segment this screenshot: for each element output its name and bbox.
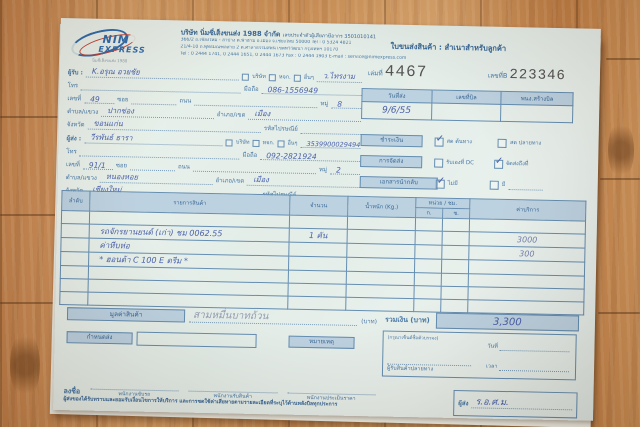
- driver-role-label: พนักงานขับรถ: [90, 390, 179, 400]
- delivery-option-dc: รับเองที่ DC: [434, 158, 474, 168]
- terms-note: ผู้ส่งของได้รับทราบและยอมรับเงื่อนไขการใ…: [63, 396, 463, 411]
- checkbox-cash-origin: [435, 137, 444, 146]
- cash-destination-label: สด ปลายทาง: [510, 139, 541, 148]
- checkbox-cash-destination: [498, 138, 507, 147]
- docs-none-label: ไม่มี: [448, 180, 458, 188]
- recipient-type-company-label: บริษัท: [252, 73, 266, 81]
- date-fill-line: [499, 342, 569, 352]
- recipient-name-handwriting: K.อรุณ อวยชัย: [92, 66, 140, 79]
- recipient-mobile-handwriting: 086-1556949: [268, 85, 319, 95]
- checkbox-sender-other: [277, 140, 284, 147]
- checkbox-docs-none: [436, 179, 445, 188]
- col-unit-header: หน่วย / ชม.: [416, 198, 470, 209]
- total-label: รวมเงิน (บาท): [385, 314, 430, 326]
- driver-signature: พนักงานขับรถ: [90, 371, 179, 400]
- signature-row: ลงชื่อ พนักงานขับรถ พนักงานรับสินค้า พนั…: [63, 370, 375, 403]
- book-number-label: เล่มที่: [368, 69, 383, 77]
- cell-desc: [89, 211, 289, 228]
- remark-label: หมายเหตุ: [288, 335, 354, 349]
- wood-knot: [608, 120, 634, 180]
- recipient-note-handwriting: ว.ไทรงาม: [323, 70, 355, 83]
- company-header-block: บริษัท นิ่มซี่เส็งขนส่ง 1988 จำกัด เลขปร…: [180, 26, 447, 63]
- time-fill-line: [499, 362, 569, 372]
- logo-swoosh2-icon: [77, 30, 137, 60]
- sender-district-handwriting: เมือง: [253, 174, 269, 186]
- cell-charge: 3000: [469, 232, 585, 248]
- sender-road-line: [193, 161, 316, 174]
- recipient-house-line: 49: [84, 92, 114, 104]
- cell-qty: [288, 283, 346, 297]
- recipient-district-handwriting: เมือง: [254, 108, 270, 120]
- recipient-label: ผู้รับ :: [68, 67, 83, 77]
- sender-subdistrict-label: ตำบล/แขวง: [66, 172, 97, 183]
- goods-value-label: มูลค่าสินค้า: [67, 307, 185, 322]
- wood-seam: [606, 58, 640, 60]
- col-weight-header: น้ำหนัก (Kg.): [348, 196, 416, 217]
- sender-label: ผู้ส่ง :: [66, 133, 81, 143]
- recipient-province-handwriting: ขอนแก่น: [93, 118, 123, 131]
- due-date-label: กำหนดส่ง: [66, 331, 132, 345]
- recipient-block: ผู้รับ : K.อรุณ อวยชัย บริษัท หจก. อื่นๆ…: [67, 64, 362, 135]
- item-row: * ฮอนด้า C 100 E ดรีม *: [61, 252, 585, 277]
- document-number: เลขที่B 223346: [488, 67, 566, 85]
- cell-desc: รถจักรยานยนต์ (เก่า) ชม 0062.55: [89, 224, 289, 242]
- sender-block: ผู้ส่ง : วีรพันธ์ ธารา บริษัท หจก. อื่นๆ…: [65, 130, 360, 201]
- payment-option-destination: สด ปลายทาง: [498, 138, 541, 148]
- cell-unit-a: [414, 286, 441, 300]
- total-row: รวมเงิน (บาท) 3,300: [385, 312, 579, 332]
- deliver-door-label: จัดส่งถึงที่: [506, 160, 529, 168]
- cell-no: [60, 279, 88, 293]
- company-address-2: 21/4-10 ถ.พุทธมณฑลสาย 2 ต.ศาลาธรรมสพน์ เ…: [180, 44, 446, 56]
- sender-moo-line: 2: [330, 163, 360, 175]
- recipient-road-line: [194, 95, 317, 108]
- recipient-type-partnership-label: หจก.: [279, 73, 291, 81]
- wood-knot: [10, 330, 40, 400]
- paper-under-sheet: [50, 24, 601, 427]
- hw-desc: * ฮอนด้า C 100 E ดรีม *: [99, 255, 188, 266]
- cell-charge: [468, 260, 584, 276]
- recipient-subdistrict-label: ตำบล/แขวง: [67, 106, 98, 117]
- recipient-house-label: เลขที่: [67, 93, 81, 103]
- estimator-signature: พนักงานประเมินราคา: [287, 375, 376, 404]
- sender-district-line: เมือง: [247, 175, 360, 188]
- documents-return-label: เอกสารนำกลับ: [360, 176, 438, 190]
- checkbox-pickup-dc: [434, 158, 443, 167]
- hw-desc: รถจักรยานยนต์ (เก่า) ชม 0062.55: [100, 227, 223, 238]
- wood-seam: [598, 312, 640, 314]
- recipient-subdistrict-line: ปากช่อง: [101, 106, 214, 119]
- sender-signature-handwriting: ร.อ.ศ.ม.: [475, 394, 509, 409]
- cell-qty: 1 คัน: [289, 228, 347, 243]
- cell-no: [60, 266, 88, 280]
- recipient-phone-line: [81, 79, 241, 93]
- recipient-name-line: K.อรุณ อวยชัย: [86, 67, 239, 81]
- cell-no: [60, 292, 88, 306]
- recipient-province-label: จังหวัด: [67, 119, 85, 129]
- sign-label: ลงชื่อ: [63, 386, 80, 397]
- document-title: ใบขนส่งสินค้า : สำเนาสำหรับลูกค้า: [390, 41, 590, 57]
- recipient-house-handwriting: 49: [90, 95, 100, 104]
- sender-phone-label: โทร: [66, 146, 77, 156]
- ship-info-table: วันที่ส่ง เลขที่บิล พนง.สร้างบิล 9/6/55: [361, 88, 574, 123]
- logo-tagline: นิ่มซี่เส็งขนส่ง 1988: [92, 57, 127, 65]
- ship-date-handwriting: 9/6/55: [382, 105, 411, 116]
- recipient-phone-label: โทร: [68, 80, 79, 90]
- sender-sign-line: ร.อ.ศ.ม.: [471, 399, 572, 410]
- checkbox-recipient-partnership: [269, 74, 276, 81]
- sender-type-company-label: บริษัท: [236, 139, 250, 147]
- goods-value-row: มูลค่าสินค้า สามหมื่นบาทถ้วน (บาท): [67, 307, 377, 326]
- cell-desc: [88, 266, 288, 283]
- cell-unit-a: [414, 273, 441, 287]
- due-date-row: กำหนดส่ง หมายเหตุ: [66, 330, 358, 350]
- recipient-soi-line: [131, 93, 176, 105]
- recipient-postcode-label: รหัสไปรษณีย์: [264, 123, 298, 134]
- destination-receiver: ผู้รับสินค้าปลายทาง: [387, 356, 471, 375]
- sender-mobile-line: 092-2821924: [260, 149, 360, 162]
- payment-row: ชำระเงิน สด ต้นทาง สด ปลายทาง: [360, 134, 586, 151]
- sender-moo-label: หมู่: [319, 164, 327, 174]
- bill-number-cell: [431, 103, 501, 121]
- cell-desc: ค่าหีบห่อ: [89, 238, 289, 256]
- recipient-mobile-label: มือถือ: [244, 84, 259, 94]
- delivery-label: การจัดส่ง: [360, 155, 422, 169]
- cell-weight: [346, 257, 414, 272]
- cell-weight: [346, 284, 414, 298]
- cell-unit-a: [415, 245, 442, 260]
- waybill-form: NIM EXPRESS นิ่มซี่เส็งขนส่ง 1988 บริษัท…: [53, 18, 601, 421]
- payment-label: ชำระเงิน: [360, 134, 422, 148]
- col-unit-b-header: ช.: [443, 208, 470, 219]
- recipient-moo-line: 8: [331, 97, 361, 109]
- sender-note-line: 3539900029494: [300, 137, 360, 149]
- docs-none-option: ไม่มี: [436, 179, 458, 188]
- destination-receiver-box: (กรุณาเซ็นต์ชื่อตัวบรรจง) วันที่ เวลา ผู…: [382, 331, 577, 381]
- cell-desc: * ฮอนด้า C 100 E ดรีม *: [89, 252, 289, 270]
- sender-name-handwriting: วีรพันธ์ ธารา: [90, 132, 133, 145]
- item-row: [60, 292, 584, 316]
- recipient-note-line: ว.ไทรงาม: [317, 71, 362, 83]
- cell-unit-a: [415, 218, 442, 232]
- wood-seam: [0, 302, 56, 304]
- cash-origin-label: สด ต้นทาง: [447, 138, 473, 147]
- docs-yes-option: มี: [490, 180, 543, 190]
- col-unit-a-header: ก.: [416, 208, 443, 219]
- sender-soi-label: ซอย: [116, 160, 127, 170]
- cell-unit-b: [441, 259, 468, 274]
- items-table: ลำดับ รายการสินค้า จำนวน น้ำหนัก (Kg.) ห…: [59, 190, 586, 316]
- recipient-district-line: เมือง: [248, 109, 361, 122]
- sender-subdistrict-line: หนองหอย: [100, 172, 213, 185]
- cell-qty: [288, 270, 346, 284]
- cell-unit-b: [442, 245, 469, 260]
- sender-type-other-label: อื่นๆ: [287, 140, 297, 148]
- due-date-box: [136, 332, 256, 348]
- cell-weight: [346, 297, 414, 311]
- cell-no: [61, 211, 89, 225]
- sender-signature-box: ผู้ส่ง ร.อ.ศ.ม.: [453, 390, 577, 418]
- cell-unit-b: [441, 299, 468, 313]
- goods-clerk-signature: พนักงานรับสินค้า: [188, 373, 277, 402]
- ship-date-header: วันที่ส่ง: [362, 89, 432, 103]
- date-line: วันที่: [487, 342, 569, 353]
- checkbox-docs-yes: [490, 180, 499, 189]
- estimator-role-label: พนักงานประเมินราคา: [287, 394, 376, 404]
- driver-sign-line: [90, 381, 179, 392]
- tax-id: เลขประจำตัวผู้เสียภาษีอากร 3501010141: [283, 32, 377, 40]
- photo-scene: NIM EXPRESS นิ่มซี่เส็งขนส่ง 1988 บริษัท…: [0, 0, 640, 427]
- wood-seam: [600, 178, 640, 180]
- logo-text-2: EXPRESS: [98, 45, 146, 55]
- cell-desc: [88, 279, 288, 296]
- sender-mobile-handwriting: 092-2821924: [266, 151, 317, 161]
- sender-province-handwriting: เชียงใหม่: [92, 184, 122, 197]
- hw-charge: 300: [519, 249, 534, 258]
- col-qty-header: จำนวน: [290, 195, 348, 216]
- sender-sign-label: ผู้ส่ง: [458, 398, 468, 408]
- cell-no: [61, 238, 89, 253]
- recipient-soi-label: ซอย: [117, 94, 128, 104]
- company-name: บริษัท นิ่มซี่เส็งขนส่ง 1988 จำกัด: [181, 28, 281, 38]
- item-row: [60, 279, 584, 303]
- company-name-line: บริษัท นิ่มซี่เส็งขนส่ง 1988 จำกัด เลขปร…: [181, 26, 447, 42]
- cell-charge: [468, 300, 584, 315]
- book-number-value: 4467: [385, 63, 428, 82]
- cell-qty: [289, 215, 347, 229]
- cell-unit-b: [441, 286, 468, 300]
- pickup-dc-label: รับเองที่ DC: [446, 159, 474, 168]
- cell-unit-a: [414, 259, 441, 274]
- time-line: เวลา: [486, 362, 569, 373]
- sender-road-label: ถนน: [178, 161, 190, 171]
- ship-date-cell: 9/6/55: [362, 102, 432, 120]
- sender-mobile-label: มือถือ: [242, 150, 257, 160]
- recipient-province-line: ขอนแก่น: [87, 119, 261, 133]
- goods-clerk-role-label: พนักงานรับสินค้า: [188, 392, 277, 402]
- cell-unit-b: [442, 231, 469, 246]
- book-number: เล่มที่ 4467: [368, 62, 428, 81]
- sender-district-label: อำเภอ/เขต: [215, 175, 244, 186]
- recipient-type-other-label: อื่นๆ: [304, 74, 314, 82]
- sender-type-partnership-label: หจก.: [262, 139, 274, 147]
- estimator-sign-line: [287, 385, 376, 396]
- cell-weight: [347, 229, 415, 244]
- checkbox-recipient-company: [242, 74, 249, 81]
- checkbox-sender-company: [226, 139, 233, 146]
- col-no-header: ลำดับ: [62, 191, 90, 212]
- sender-province-line: เชียงใหม่: [86, 185, 260, 199]
- sender-house-handwriting: 91/1: [89, 161, 106, 170]
- item-row: [61, 211, 585, 235]
- hw-charge: 3000: [517, 235, 538, 244]
- time-label: เวลา: [486, 364, 498, 370]
- recipient-mobile-line: 086-1556949: [262, 83, 362, 96]
- total-value-handwriting: 3,300: [493, 317, 522, 329]
- cell-unit-b: [442, 218, 469, 232]
- cell-charge: [469, 219, 585, 234]
- cell-no: [61, 252, 89, 267]
- sign-hint: (กรุณาเซ็นต์ชื่อตัวบรรจง): [388, 335, 439, 343]
- recipient-road-label: ถนน: [179, 95, 191, 105]
- cell-unit-a: [415, 231, 442, 246]
- sender-subdistrict-handwriting: หนองหอย: [106, 171, 138, 184]
- destination-receiver-sign-line: [387, 356, 471, 367]
- documents-return-row: เอกสารนำกลับ ไม่มี มี: [360, 176, 586, 193]
- document-number-value: 223346: [509, 67, 566, 84]
- recipient-moo-handwriting: 8: [337, 100, 342, 109]
- company-address-3: Tel : 0 2444 1741, 0 2444 1651, 0 2444 1…: [180, 51, 446, 63]
- recipient-postcode-line: [301, 123, 361, 135]
- col-charge-header: ค่าบริการ: [470, 199, 586, 221]
- checkbox-recipient-other: [294, 75, 301, 82]
- cell-qty: [288, 296, 346, 310]
- wood-seam: [0, 116, 60, 118]
- sender-name-line: วีรพันธ์ ธารา: [84, 132, 223, 146]
- hw-desc: ค่าหีบห่อ: [99, 241, 129, 251]
- cell-charge: 300: [469, 246, 585, 262]
- baht-label: (บาท): [361, 316, 377, 326]
- bill-staff-header: พนง.สร้างบิล: [501, 91, 573, 105]
- docs-yes-line: [508, 181, 542, 191]
- checkbox-sender-partnership: [252, 140, 259, 147]
- cell-qty: [289, 242, 347, 257]
- bill-staff-cell: [501, 104, 573, 122]
- sender-house-line: 91/1: [83, 158, 113, 170]
- item-row: [60, 266, 584, 290]
- recipient-district-label: อำเภอ/เขต: [217, 109, 246, 120]
- cell-weight: [347, 243, 415, 258]
- bill-number-header: เลขที่บิล: [432, 90, 502, 104]
- col-desc-header: รายการสินค้า: [90, 191, 290, 215]
- cell-no: [61, 224, 89, 239]
- cell-unit-a: [414, 299, 441, 313]
- company-logo: NIM EXPRESS นิ่มซี่เส็งขนส่ง 1988: [68, 24, 179, 66]
- wood-seam: [0, 214, 58, 216]
- cell-charge: [468, 287, 584, 302]
- sender-house-label: เลขที่: [66, 159, 80, 169]
- logo-swoosh-icon: [68, 24, 130, 62]
- hw-qty: 1 คัน: [309, 231, 328, 240]
- payment-option-origin: สด ต้นทาง: [435, 137, 473, 147]
- delivery-row: การจัดส่ง รับเองที่ DC จัดส่งถึงที่: [360, 155, 586, 172]
- cell-weight: [346, 271, 414, 285]
- company-address-1: 366/2 ถ.เชียงใหม่ - ลำปาง ต.ฟ้าฮ่าม อ.เม…: [180, 37, 446, 49]
- item-row: รถจักรยานยนต์ (เก่า) ชม 0062.55 1 คัน 30…: [61, 224, 585, 249]
- checkbox-deliver-door: [494, 159, 503, 168]
- goods-value-line: สามหมื่นบาทถ้วน: [189, 314, 357, 326]
- recipient-subdistrict-handwriting: ปากช่อง: [107, 105, 134, 118]
- delivery-option-door: จัดส่งถึงที่: [494, 159, 529, 169]
- item-row: ค่าหีบห่อ 300: [61, 238, 585, 263]
- cell-weight: [347, 216, 415, 230]
- goods-value-handwriting: สามหมื่นบาทถ้วน: [193, 308, 269, 325]
- cell-charge: [468, 274, 584, 289]
- total-value-box: 3,300: [436, 313, 580, 332]
- sender-id-handwriting: 3539900029494: [306, 140, 360, 149]
- sender-province-label: จังหวัด: [65, 185, 83, 195]
- sender-postcode-line: [299, 189, 359, 201]
- sender-moo-handwriting: 2: [336, 166, 341, 175]
- recipient-moo-label: หมู่: [320, 98, 328, 108]
- sender-soi-line: [130, 159, 175, 171]
- cell-qty: [288, 256, 346, 271]
- docs-yes-label: มี: [502, 181, 506, 189]
- date-label: วันที่: [487, 344, 498, 350]
- cell-desc: [88, 292, 288, 309]
- goods-clerk-sign-line: [189, 383, 278, 394]
- logo-text: NIM: [102, 33, 130, 47]
- sender-phone-line: [80, 145, 240, 159]
- sender-postcode-label: รหัสไปรษณีย์: [262, 189, 296, 200]
- cell-unit-b: [441, 273, 468, 287]
- destination-receiver-label: ผู้รับสินค้าปลายทาง: [387, 365, 471, 375]
- document-number-label: เลขที่B: [488, 72, 508, 80]
